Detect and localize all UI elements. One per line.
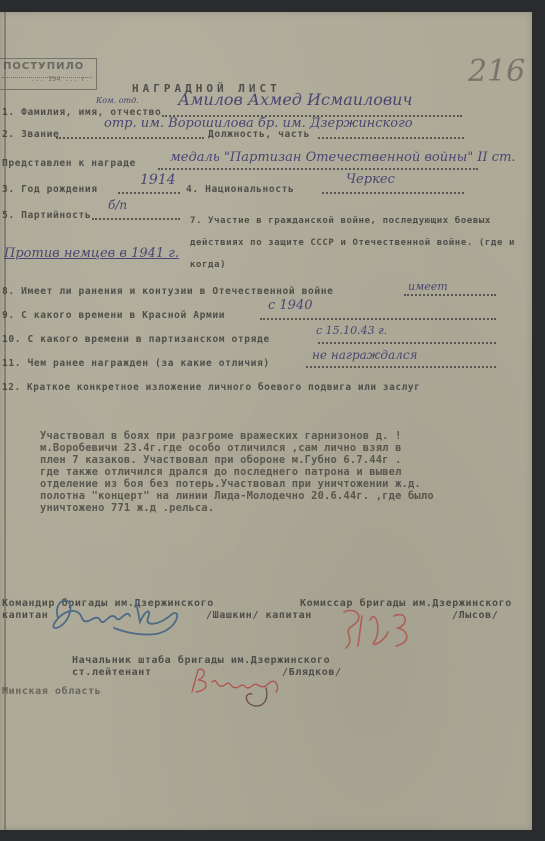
dotted-line [306, 364, 496, 368]
dotted-line [118, 190, 180, 194]
commissar-signature [336, 602, 426, 658]
partisan-since-value: с 15.10.43 г. [316, 324, 387, 337]
red-army-label: 9. С какого времени в Красной Армии [2, 310, 225, 321]
narrative-label: 12. Краткое конкретное изложение личного… [2, 382, 420, 393]
commander-name: /Шашкин/ капитан [206, 610, 312, 621]
footer-region: Минская область [2, 686, 101, 697]
dotted-line [318, 340, 496, 344]
narrative-line: Участвовал в боях при разгроме вражеских… [40, 430, 402, 442]
red-army-value: с 1940 [268, 298, 313, 313]
commissar-name: /Лысов/ [452, 610, 498, 621]
dotted-line [404, 292, 496, 296]
prior-awards-label: 11. Чем ранее награжден (за какие отличи… [2, 358, 270, 369]
rank-label: 2. Звание [2, 129, 59, 140]
narrative-line: уничтожено 771 ж.д .рельса. [40, 502, 214, 514]
dotted-line [322, 190, 464, 194]
narrative-line: плен 7 казаков. Участвовал при обороне м… [40, 454, 402, 466]
rank-prefix: Ком. отд. [96, 96, 139, 105]
narrative-line: м.Воробевичи 23.4г.где особо отличился ,… [40, 442, 402, 454]
award-value: медаль "Партизан Отечественной войны" II… [170, 150, 516, 165]
war-participation-value: Против немцев в 1941 г. [4, 246, 179, 261]
dotted-line [92, 216, 180, 220]
party-value: б/п [108, 198, 127, 212]
birth-year-label: 3. Год рождения [2, 184, 98, 195]
dotted-line [260, 316, 496, 320]
narrative-line: полотна "концерт" на линии Лида-Молодечн… [40, 490, 434, 502]
dotted-line [318, 135, 464, 139]
partisan-since-label: 10. С какого времени в партизанском отря… [2, 334, 270, 345]
stamp-date: ... 194 ... г. [31, 75, 90, 83]
prior-awards-value: не награждался [312, 348, 418, 362]
position-label: Должность, часть [208, 129, 310, 140]
archive-page-number: 216 [468, 54, 525, 89]
award-sheet-page: ПОСТУПИЛО ... 194 ... г. 216 НАГРАДНОЙ Л… [0, 12, 532, 830]
wounds-label: 8. Имеет ли ранения и контузии в Отечест… [2, 286, 334, 297]
war-participation-label: 7. Участие в гражданской войне, последую… [190, 210, 520, 276]
birth-year-value: 1914 [140, 172, 176, 188]
full-name-value: Амилов Ахмед Исмаилович [178, 90, 412, 109]
commander-rank: капитан [2, 610, 48, 621]
dotted-line [56, 135, 204, 139]
narrative-line: отделение из боя без потерь.Участвовал п… [40, 478, 421, 490]
party-label: 5. Партийность [2, 210, 91, 221]
narrative-line: где также отличился дрался до последнего… [40, 466, 402, 478]
nationality-value: Черкес [346, 172, 395, 187]
received-stamp: ПОСТУПИЛО ... 194 ... г. [0, 58, 97, 90]
dotted-line [158, 166, 478, 170]
commander-signature [44, 588, 194, 646]
stamp-title: ПОСТУПИЛО [3, 61, 84, 72]
chief-of-staff-signature [186, 662, 296, 712]
chief-of-staff-rank: ст.лейтенант [72, 667, 151, 678]
award-label: Представлен к награде [2, 158, 136, 169]
nationality-label: 4. Национальность [186, 184, 294, 195]
